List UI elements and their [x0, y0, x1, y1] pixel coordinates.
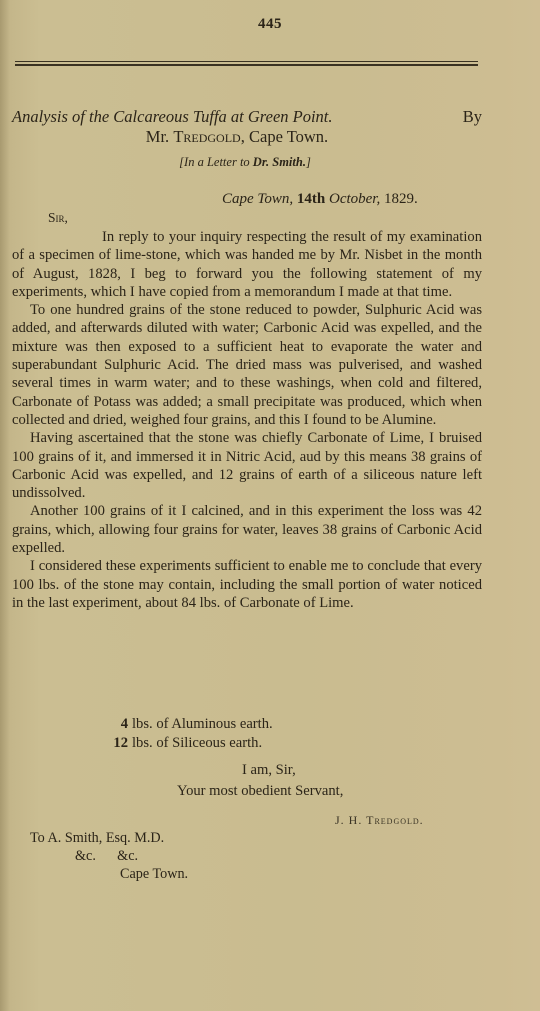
list-qty: 12 — [108, 734, 128, 753]
salutation: Sir, — [48, 210, 68, 226]
list-qty: 4 — [108, 715, 128, 734]
header-rule-thick — [15, 64, 478, 66]
paragraph: To one hundred grains of the stone reduc… — [12, 301, 482, 429]
composition-list: 4lbs. of Aluminous earth. 12lbs. of Sili… — [108, 715, 273, 752]
address-line-1: To A. Smith, Esq. M.D. — [30, 829, 188, 847]
address-line-3: Cape Town. — [30, 865, 188, 883]
author-name: Tredgold, — [173, 127, 245, 146]
list-text: lbs. of Aluminous earth. — [132, 716, 273, 732]
address-line-2: &c. &c. — [30, 847, 188, 865]
list-item: 4lbs. of Aluminous earth. — [108, 715, 273, 734]
header-rule — [15, 61, 478, 62]
article-title: Analysis of the Calcareous Tuffa at Gree… — [12, 107, 482, 147]
title-by: By — [463, 107, 482, 127]
subtitle-recipient: Dr. Smith. — [253, 155, 306, 169]
recipient-address: To A. Smith, Esq. M.D. &c. &c. Cape Town… — [30, 829, 188, 883]
letter-body: In reply to your inquiry respecting the … — [12, 228, 482, 612]
bracket-close: ] — [306, 155, 311, 169]
paragraph: In reply to your inquiry respecting the … — [12, 228, 482, 301]
page-number: 445 — [0, 16, 540, 33]
author-prefix: Mr. — [146, 127, 169, 146]
closing-line-2: Your most obedient Servant, — [177, 783, 343, 800]
subtitle-text: In a Letter to — [184, 155, 253, 169]
paragraph: I considered these experiments sufficien… — [12, 557, 482, 612]
list-text: lbs. of Siliceous earth. — [132, 735, 262, 751]
dateline-month: October, — [329, 191, 380, 207]
paragraph: Another 100 grains of it I calcined, and… — [12, 502, 482, 557]
signature: J. H. Tredgold. — [335, 813, 424, 828]
dateline-place: Cape Town, — [222, 191, 293, 207]
title-text: Analysis of the Calcareous Tuffa at Gree… — [12, 107, 333, 126]
author-place: Cape Town. — [249, 127, 328, 146]
paragraph: Having ascertained that the stone was ch… — [12, 429, 482, 502]
article-subtitle: [In a Letter to Dr. Smith.] — [0, 155, 490, 170]
title-author-line: Mr. Tredgold, Cape Town. — [12, 127, 482, 147]
book-page: 445 Analysis of the Calcareous Tuffa at … — [0, 0, 540, 1011]
dateline-day: 14th — [297, 191, 325, 207]
dateline-year: 1829. — [384, 191, 418, 207]
list-item: 12lbs. of Siliceous earth. — [108, 734, 273, 753]
dateline: Cape Town, 14th October, 1829. — [222, 191, 418, 208]
closing-line-1: I am, Sir, — [242, 762, 296, 779]
